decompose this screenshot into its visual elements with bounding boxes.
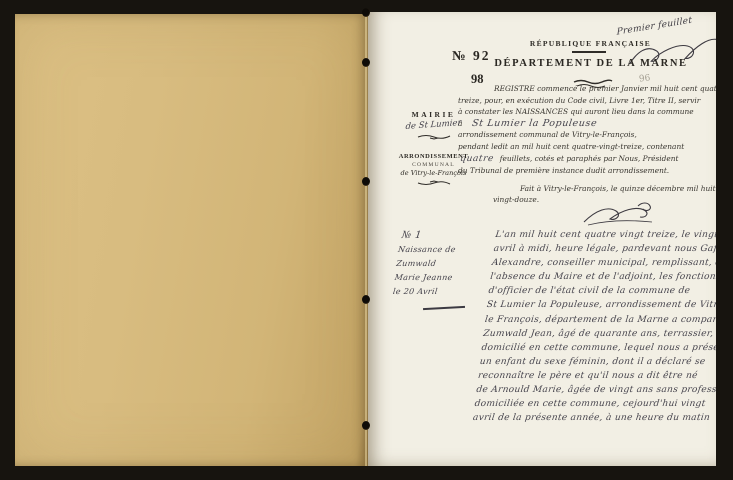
departement-ornament xyxy=(573,73,613,82)
act-line: d'officier de l'état civil de la commune… xyxy=(488,284,716,298)
margin-line: Zumwald xyxy=(395,257,475,271)
register-number-92: № 92 xyxy=(452,48,490,64)
mairie-handwritten-place: de St Lumier xyxy=(386,117,481,134)
act-line: L'an mil huit cent quatre vingt treize, … xyxy=(494,228,716,242)
handwritten-commune-name: St Lumier la Populeuse xyxy=(472,118,599,130)
act-line: le François, département de la Marne a c… xyxy=(484,313,716,327)
closing-line: Fait à Vitry-le-François, le quinze déce… xyxy=(458,184,716,195)
binding-hole xyxy=(362,295,370,304)
registre-preamble: REGISTRE commencé le premier Janvier mil… xyxy=(458,83,716,177)
act-line: St Lumier la Populeuse, arrondissement d… xyxy=(486,298,716,312)
registre-line-feuillets: quatrefeuillets, cotés et paraphés par N… xyxy=(458,153,716,166)
act-line: Zumwald Jean, âgé de quarante ans, terra… xyxy=(482,327,716,341)
act-line: l'absence du Maire et de l'adjoint, les … xyxy=(489,270,716,284)
arrondissement-label: ARRONDISSEMENT xyxy=(386,153,481,160)
act-line: reconnaître le père et qu'il nous a dit … xyxy=(477,369,716,383)
act-margin-summary: Naissance de Zumwald Marie Jeanne le 20 … xyxy=(392,243,477,299)
stamp-flourish xyxy=(417,133,451,140)
registre-line: arrondissement communal de Vitry-le-Fran… xyxy=(458,129,716,141)
margin-line: Naissance de xyxy=(397,243,477,257)
signature-flourish-president xyxy=(580,198,660,228)
margin-line: Marie Jeanne xyxy=(394,271,474,285)
binding-hole xyxy=(362,8,370,17)
scanned-register-spread: Premier feuillet RÉPUBLIQUE FRANÇAISE № … xyxy=(0,0,733,480)
act-body-text: L'an mil huit cent quatre vingt treize, … xyxy=(472,228,716,425)
arrondissement-place: de Vitry-le-François xyxy=(386,169,481,177)
title-rule xyxy=(572,51,606,53)
registre-line: du Tribunal de première instance dudit a… xyxy=(458,165,716,177)
act-number: № 1 xyxy=(401,230,422,241)
act-line: domicilié en cette commune, lequel nous … xyxy=(481,341,716,355)
margin-underline xyxy=(423,306,465,310)
act-line: Alexandre, conseiller municipal, remplis… xyxy=(491,256,716,270)
act-line: avril de la présente année, à une heure … xyxy=(472,411,716,425)
left-blank-cover-page xyxy=(15,14,368,466)
mairie-stamp-block: MAIRIE de St Lumier ARRONDISSEMENT COMMU… xyxy=(386,110,481,187)
margin-line: le 20 Avril xyxy=(392,285,472,299)
binding-hole xyxy=(362,421,370,430)
registre-line: pendant ledit an mil huit cent quatre-vi… xyxy=(458,141,716,153)
registre-line: treize, pour, en exécution du Code civil… xyxy=(458,95,716,107)
registre-page: Premier feuillet RÉPUBLIQUE FRANÇAISE № … xyxy=(368,12,716,466)
republique-title: RÉPUBLIQUE FRANÇAISE xyxy=(498,39,683,48)
registre-line: à constater les NAISSANCES qui auront li… xyxy=(458,106,716,118)
printed-feuillets: feuillets, cotés et paraphés par Nous, P… xyxy=(500,154,679,163)
registre-line-commune: àSt Lumier la Populeuse xyxy=(458,118,716,130)
act-line: domiciliée en cette commune, cejourd'hui… xyxy=(474,397,716,411)
act-line: un enfant du sexe féminin, dont il a déc… xyxy=(479,355,716,369)
stamp-flourish xyxy=(417,180,451,187)
act-line: de Arnould Marie, âgée de vingt ans sans… xyxy=(475,383,716,397)
communal-label: COMMUNAL xyxy=(386,162,481,168)
registre-line: REGISTRE commencé le premier Janvier mil… xyxy=(458,83,716,95)
binding-hole xyxy=(362,58,370,67)
departement-title: DÉPARTEMENT DE LA MARNE xyxy=(486,58,696,69)
act-line: avril à midi, heure légale, pardevant no… xyxy=(493,242,716,256)
binding-hole xyxy=(362,177,370,186)
